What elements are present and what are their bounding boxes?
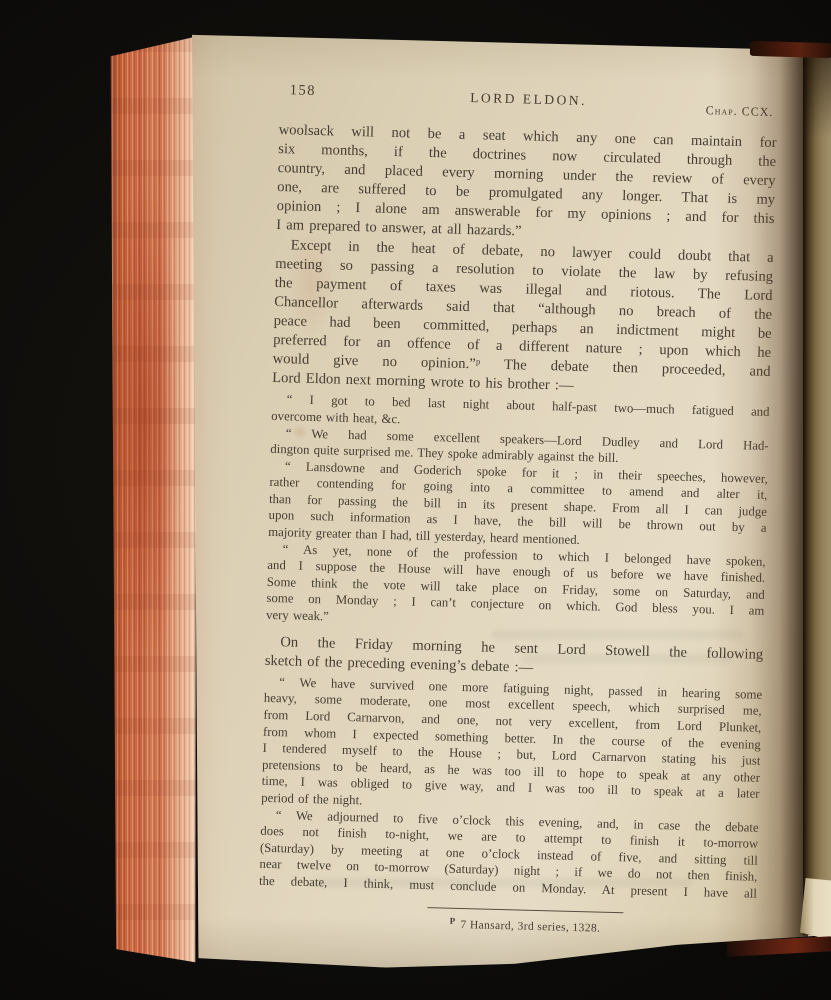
page-header: 158 LORD ELDON. Chap. CCX. [279,82,778,125]
binding-spine-top [750,41,831,58]
page-body: woolsack will not be a seat which any on… [259,121,777,902]
running-title: LORD ELDON. [280,85,778,114]
facing-page-edge [803,50,831,935]
facing-page-corner [800,878,831,940]
paragraph: “ We have survived one more fatiguing ni… [261,674,762,820]
paragraph: “ We adjourned to five o’clock this even… [259,806,759,902]
paragraph: “ Lansdowne and Goderich spoke for it ; … [268,458,768,554]
book-page: 158 LORD ELDON. Chap. CCX. woolsack will… [192,32,831,977]
paragraph: woolsack will not be a seat which any on… [276,121,777,249]
paragraph: “ As yet, none of the profession to whic… [266,540,766,636]
page-text-area: 158 LORD ELDON. Chap. CCX. woolsack will… [258,82,778,939]
gutter-shadow [713,32,808,977]
paragraph: Except in the heat of debate, no lawyer … [272,236,774,402]
book-fore-edge-pages [107,30,198,966]
footnote-rule [427,907,623,914]
